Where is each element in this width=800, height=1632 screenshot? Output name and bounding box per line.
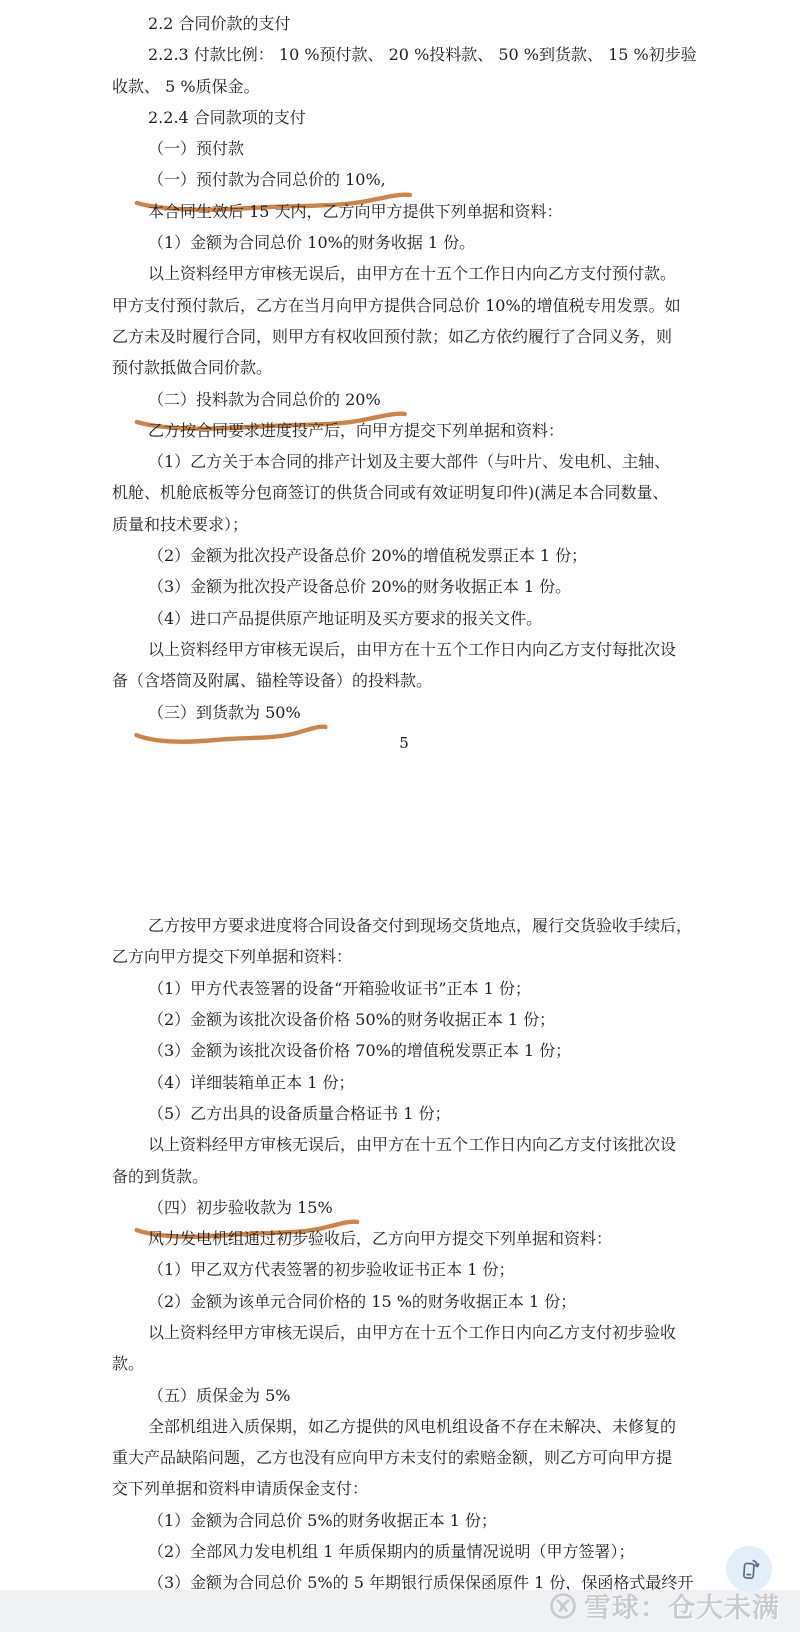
document-view: 2.2 合同价款的支付2.2.3 付款比例： 10 %预付款、 20 %投料款、… [0,0,800,1599]
line-text: （五）质保金为 5% [148,1386,290,1405]
line-text: 交下列单据和资料申请质保金支付： [112,1479,368,1498]
document-line: 乙方向甲方提交下列单据和资料： [112,941,696,972]
line-text: （三）到货款为 50% [148,703,301,722]
document-line: 2.2.3 付款比例： 10 %预付款、 20 %投料款、 50 %到货款、 1… [112,39,696,70]
line-text: （一）预付款为合同总价的 10%, [148,170,386,189]
line-text: 以上资料经甲方审核无误后，由甲方在十五个工作日内向乙方支付每批次设 [148,640,676,659]
line-text: 2.2.3 付款比例： 10 %预付款、 20 %投料款、 50 %到货款、 1… [148,45,697,64]
document-line: （一）预付款 [112,133,696,164]
line-text: （1）乙方关于本合同的排产计划及主要大部件（与叶片、发电机、主轴、 [148,452,670,471]
hand-drawn-underline-icon [134,722,329,744]
document-line: 全部机组进入质保期，如乙方提供的风电机组设备不存在未解决、未修复的 [112,1411,696,1442]
document-line: 2.2 合同价款的支付 [112,8,696,39]
line-text: 2.2.4 合同款项的支付 [148,108,306,127]
line-text: 乙方按合同要求进度投产后，向甲方提交下列单据和资料： [148,421,564,440]
document-line: 乙方按甲方要求进度将合同设备交付到现场交货地点，履行交货验收手续后， [112,910,696,941]
document-line: （3）金额为该批次设备价格 70%的增值税发票正本 1 份； [112,1035,696,1066]
line-text: （4）详细装箱单正本 1 份； [148,1073,355,1092]
line-text: （1）甲乙双方代表签署的初步验收证书正本 1 份； [148,1260,515,1279]
line-text: 机舱、机舱底板等分包商签订的供货合同或有效证明复印件)(满足本合同数量、 [112,483,669,502]
document-line: （5）乙方出具的设备质量合格证书 1 份； [112,1098,696,1129]
line-text: 甲方支付预付款后，乙方在当月向甲方提供合同总价 10%的增值税专用发票。如 [112,296,681,315]
document-line: （2）金额为该单元合同价格的 15 %的财务收据正本 1 份； [112,1286,696,1317]
line-text: 2.2 合同价款的支付 [148,14,291,33]
line-text: （2）金额为批次投产设备总价 20%的增值税发票正本 1 份； [148,546,587,565]
document-line: （2）全部风力发电机组 1 年质保期内的质量情况说明（甲方签署）； [112,1536,696,1567]
document-line: 备的到货款。 [112,1161,696,1192]
document-line: 交下列单据和资料申请质保金支付： [112,1473,696,1504]
line-text: 乙方向甲方提交下列单据和资料： [112,947,352,966]
line-text: 收款、 5 %质保金。 [112,77,260,96]
underlined-heading-line: （一）预付款为合同总价的 10%, [112,164,696,195]
document-line: （2）金额为该批次设备价格 50%的财务收据正本 1 份； [112,1004,696,1035]
xueqiu-logo-icon [549,1592,577,1620]
line-text: （2）全部风力发电机组 1 年质保期内的质量情况说明（甲方签署）； [148,1542,635,1561]
line-text: 备（含塔筒及附属、锚栓等设备）的投料款。 [112,671,432,690]
document-line: （4）进口产品提供原产地证明及买方要求的报关文件。 [112,603,696,634]
line-text: （四）初步验收款为 15% [148,1198,333,1217]
line-text: （5）乙方出具的设备质量合格证书 1 份； [148,1104,451,1123]
document-line: （4）详细装箱单正本 1 份； [112,1067,696,1098]
document-line: 预付款抵做合同价款。 [112,352,696,383]
document-line: 备（含塔筒及附属、锚栓等设备）的投料款。 [112,665,696,696]
contract-page-5: 2.2 合同价款的支付2.2.3 付款比例： 10 %预付款、 20 %投料款、… [112,8,696,728]
document-line: （1）甲乙双方代表签署的初步验收证书正本 1 份； [112,1254,696,1285]
line-text: （4）进口产品提供原产地证明及买方要求的报关文件。 [148,609,542,628]
line-text: 预付款抵做合同价款。 [112,358,272,377]
line-text: 备的到货款。 [112,1167,208,1186]
document-line: （3）金额为批次投产设备总价 20%的财务收据正本 1 份。 [112,571,696,602]
line-text: （2）金额为该单元合同价格的 15 %的财务收据正本 1 份； [148,1292,576,1311]
document-line: （1）甲方代表签署的设备“开箱验收证书”正本 1 份； [112,973,696,1004]
line-text: 质量和技术要求）； [112,515,248,534]
document-line: （1）金额为合同总价 5%的财务收据正本 1 份； [112,1505,696,1536]
document-line: 以上资料经甲方审核无误后，由甲方在十五个工作日内向乙方支付每批次设 [112,634,696,665]
line-text: 乙方按甲方要求进度将合同设备交付到现场交货地点，履行交货验收手续后， [148,916,692,935]
document-line: （2）金额为批次投产设备总价 20%的增值税发票正本 1 份； [112,540,696,571]
line-text: 本合同生效后 15 天内，乙方向甲方提供下列单据和资料： [148,202,563,221]
line-text: 以上资料经甲方审核无误后，由甲方在十五个工作日内向乙方支付初步验收 [148,1323,676,1342]
document-line: 本合同生效后 15 天内，乙方向甲方提供下列单据和资料： [112,196,696,227]
document-line: 以上资料经甲方审核无误后，由甲方在十五个工作日内向乙方支付该批次设 [112,1129,696,1160]
rotate-screen-button[interactable] [726,1546,772,1592]
document-line: 收款、 5 %质保金。 [112,71,696,102]
document-line: 以上资料经甲方审核无误后，由甲方在十五个工作日内向乙方支付预付款。 [112,258,696,289]
document-line: 以上资料经甲方审核无误后，由甲方在十五个工作日内向乙方支付初步验收 [112,1317,696,1348]
document-line: （五）质保金为 5% [112,1380,696,1411]
line-text: （3）金额为该批次设备价格 70%的增值税发票正本 1 份； [148,1041,571,1060]
document-line: （1）金额为合同总价 10%的财务收据 1 份。 [112,227,696,258]
document-line: 重大产品缺陷问题，乙方也没有应向甲方未支付的索赔金额，则乙方可向甲方提 [112,1442,696,1473]
line-text: （2）金额为该批次设备价格 50%的财务收据正本 1 份； [148,1010,555,1029]
document-line: 机舱、机舱底板等分包商签订的供货合同或有效证明复印件)(满足本合同数量、 [112,477,696,508]
document-line: 甲方支付预付款后，乙方在当月向甲方提供合同总价 10%的增值税专用发票。如 [112,290,696,321]
page-break-gap [112,759,696,910]
line-text: 以上资料经甲方审核无误后，由甲方在十五个工作日内向乙方支付该批次设 [148,1135,676,1154]
line-text: （二）投料款为合同总价的 20% [148,390,381,409]
line-text: 风力发电机组通过初步验收后，乙方向甲方提交下列单据和资料： [148,1229,612,1248]
underlined-heading-line: （二）投料款为合同总价的 20% [112,384,696,415]
document-line: 乙方按合同要求进度投产后，向甲方提交下列单据和资料： [112,415,696,446]
rotate-phone-icon [736,1556,763,1583]
document-line: 质量和技术要求）； [112,509,696,540]
contract-page-6: 乙方按甲方要求进度将合同设备交付到现场交货地点，履行交货验收手续后，乙方向甲方提… [112,910,696,1599]
underlined-heading-line: （四）初步验收款为 15% [112,1192,696,1223]
document-line: 乙方未及时履行合同，则甲方有权收回预付款；如乙方依约履行了合同义务，则 [112,321,696,352]
line-text: 全部机组进入质保期，如乙方提供的风电机组设备不存在未解决、未修复的 [148,1417,676,1436]
line-text: 款。 [112,1354,144,1373]
line-text: 乙方未及时履行合同，则甲方有权收回预付款；如乙方依约履行了合同义务，则 [112,327,672,346]
line-text: 以上资料经甲方审核无误后，由甲方在十五个工作日内向乙方支付预付款。 [148,264,676,283]
line-text: （1）金额为合同总价 10%的财务收据 1 份。 [148,233,475,252]
line-text: （1）金额为合同总价 5%的财务收据正本 1 份； [148,1511,497,1530]
document-line: 2.2.4 合同款项的支付 [112,102,696,133]
line-text: （1）甲方代表签署的设备“开箱验收证书”正本 1 份； [148,979,531,998]
document-line: （1）乙方关于本合同的排产计划及主要大部件（与叶片、发电机、主轴、 [112,446,696,477]
document-line: 款。 [112,1348,696,1379]
line-text: 重大产品缺陷问题，乙方也没有应向甲方未支付的索赔金额，则乙方可向甲方提 [112,1448,672,1467]
underlined-heading-line: （三）到货款为 50% [112,697,696,728]
document-line: 风力发电机组通过初步验收后，乙方向甲方提交下列单据和资料： [112,1223,696,1254]
line-text: （一）预付款 [148,139,244,158]
line-text: （3）金额为批次投产设备总价 20%的财务收据正本 1 份。 [148,577,571,596]
